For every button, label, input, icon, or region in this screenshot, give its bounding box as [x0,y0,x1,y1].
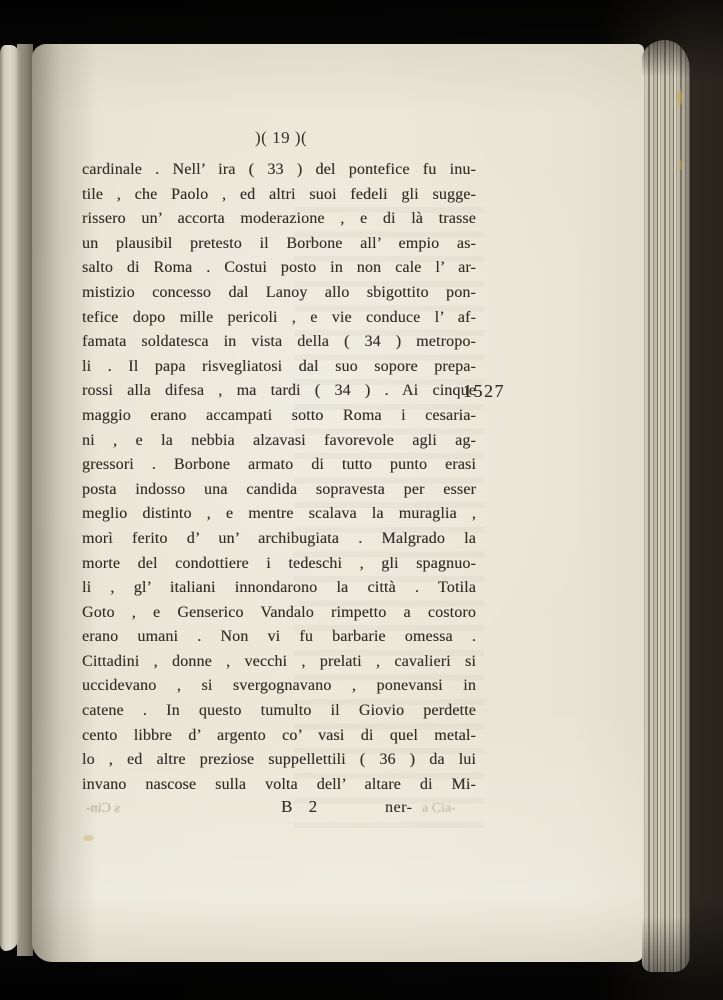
page-number-header: )( 19 )( [255,128,307,148]
text-line: invano nascose sulla volta dell’ altare … [82,773,476,798]
text-line: Cittadini , donne , vecchi , prelati , c… [82,650,476,675]
gutter-crease [17,44,33,956]
text-line: posta indosso una candida sopravesta per… [82,478,476,503]
text-line: Goto , e Genserico Vandalo rimpetto a co… [82,601,476,626]
paper-stain [83,835,94,841]
text-line: un plausibil pretesto il Borbone all’ em… [82,232,476,257]
margin-year-note: 1527 [463,381,505,402]
signature-mark: B 2 [281,797,318,817]
text-line: cento libbre d’ argento co’ vasi di quel… [82,724,476,749]
text-line: gressori . Borbone armato di tutto punto… [82,453,476,478]
bleedthrough-mark-right: a Cia- [422,801,456,817]
fore-edge-pages [642,40,690,972]
text-line: mistizio concesso dal Lanoy allo sbigott… [82,281,476,306]
text-line: famata soldatesca in vista della ( 34 ) … [82,330,476,355]
text-line: rossi alla difesa , ma tardi ( 34 ) . Ai… [82,379,476,404]
text-line: ni , e la nebbia alzavasi favorevole agl… [82,429,476,454]
text-line: morì ferito d’ un’ archibugiata . Malgra… [82,527,476,552]
text-line: salto di Roma . Costui posto in non cale… [82,256,476,281]
text-line: meglio distinto , e mentre scalava la mu… [82,502,476,527]
text-line: lo , ed altre preziose suppellettili ( 3… [82,748,476,773]
bleedthrough-mark-left: s Cin- [86,801,120,817]
text-line: tefice dopo mille pericoli , e vie condu… [82,306,476,331]
text-line: morte del condottiere i tedeschi , gli s… [82,552,476,577]
text-line: li , gl’ italiani innondarono la città .… [82,576,476,601]
text-line: rissero un’ accorta moderazione , e di l… [82,207,476,232]
text-line: uccidevano , si svergognavano , ponevans… [82,674,476,699]
text-line: cardinale . Nell’ ira ( 33 ) del pontefi… [82,158,476,183]
body-text: cardinale . Nell’ ira ( 33 ) del pontefi… [82,158,476,797]
text-line: li . Il papa risvegliatosi dal suo sopor… [82,355,476,380]
text-line: tile , che Paolo , ed altri suoi fedeli … [82,183,476,208]
text-line: catene . In questo tumulto il Giovio per… [82,699,476,724]
book-photo-scene: )( 19 )( cardinale . Nell’ ira ( 33 ) de… [0,0,723,1000]
text-line: maggio erano accampati sotto Roma i cesa… [82,404,476,429]
book-page: )( 19 )( cardinale . Nell’ ira ( 33 ) de… [32,44,644,962]
catchword: ner- [385,799,412,817]
text-line: erano umani . Non vi fu barbarie omessa … [82,625,476,650]
